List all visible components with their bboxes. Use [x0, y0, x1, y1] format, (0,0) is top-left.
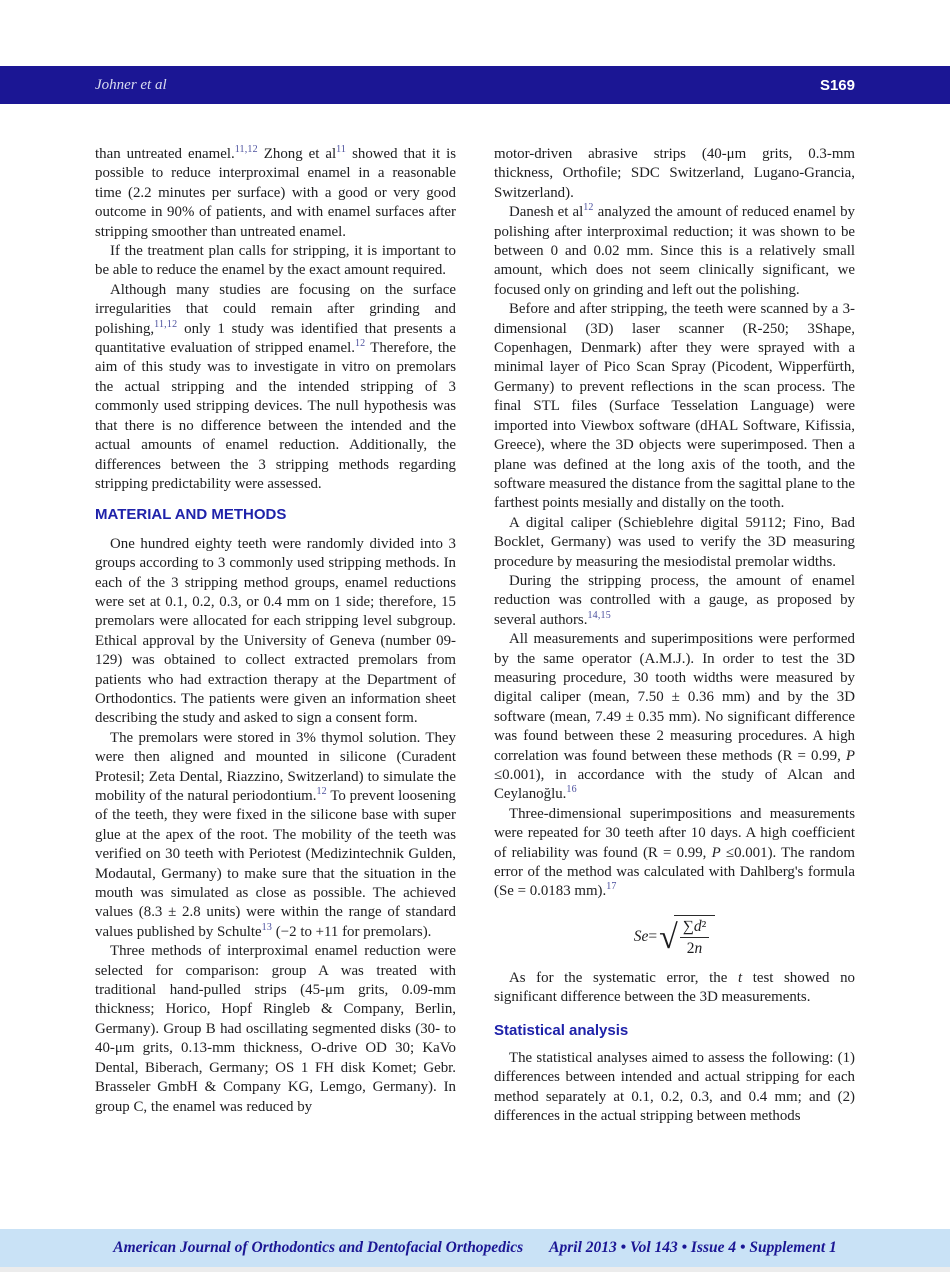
reference-superscript: 17 — [606, 881, 616, 892]
reference-superscript: 12 — [583, 202, 593, 213]
paragraph: Before and after stripping, the teeth we… — [494, 300, 855, 513]
paragraph: During the stripping process, the amount… — [494, 572, 855, 630]
right-column: motor-driven abrasive strips (40-μm grit… — [494, 145, 855, 1127]
reference-superscript: 16 — [566, 784, 576, 795]
paragraph: The premolars were stored in 3% thymol s… — [95, 729, 456, 942]
paragraph: The statistical analyses aimed to assess… — [494, 1049, 855, 1127]
paragraph: As for the systematic error, the t test … — [494, 969, 855, 1008]
paragraph: motor-driven abrasive strips (40-μm grit… — [494, 145, 855, 203]
reference-superscript: 14,15 — [587, 610, 611, 621]
paragraph: Three methods of interproximal enamel re… — [95, 942, 456, 1117]
reference-superscript: 12 — [316, 786, 326, 797]
reference-superscript: 11,12 — [154, 319, 177, 330]
paragraph: Although many studies are focusing on th… — [95, 281, 456, 494]
formula-fraction: ∑d²2n — [674, 915, 715, 959]
subsection-heading: Statistical analysis — [494, 1021, 855, 1040]
footer-issue-info: April 2013 • Vol 143 • Issue 4 • Supplem… — [549, 1239, 837, 1257]
radical-sign: √ — [659, 923, 678, 954]
formula-lhs: Se= — [634, 927, 657, 946]
reference-superscript: 13 — [262, 922, 272, 933]
left-column: than untreated enamel.11,12 Zhong et al1… — [95, 145, 456, 1127]
running-head-author: Johner et al — [95, 77, 167, 94]
fraction-numerator: ∑d² — [680, 917, 709, 938]
article-body: than untreated enamel.11,12 Zhong et al1… — [95, 145, 855, 1127]
reference-superscript: 11 — [336, 144, 346, 155]
reference-superscript: 12 — [355, 338, 365, 349]
journal-footer-bar: American Journal of Orthodontics and Den… — [0, 1229, 950, 1267]
paragraph: than untreated enamel.11,12 Zhong et al1… — [95, 145, 456, 242]
paragraph: If the treatment plan calls for strippin… — [95, 242, 456, 281]
page-bottom-edge — [0, 1267, 950, 1272]
paragraph: Three-dimensional superimpositions and m… — [494, 805, 855, 902]
paragraph: Danesh et al12 analyzed the amount of re… — [494, 203, 855, 300]
footer-journal-title: American Journal of Orthodontics and Den… — [113, 1239, 523, 1257]
paragraph: A digital caliper (Schieblehre digital 5… — [494, 514, 855, 572]
section-heading: MATERIAL AND METHODS — [95, 505, 456, 524]
reference-superscript: 11,12 — [235, 144, 258, 155]
dahlberg-formula: Se=√∑d²2n — [494, 915, 855, 959]
paragraph: All measurements and superimpositions we… — [494, 630, 855, 805]
paragraph: One hundred eighty teeth were randomly d… — [95, 535, 456, 729]
journal-page: Johner et al S169 than untreated enamel.… — [0, 0, 950, 1272]
page-number: S169 — [820, 77, 855, 94]
running-header-bar: Johner et al S169 — [0, 66, 950, 104]
fraction-denominator: 2n — [687, 938, 703, 958]
